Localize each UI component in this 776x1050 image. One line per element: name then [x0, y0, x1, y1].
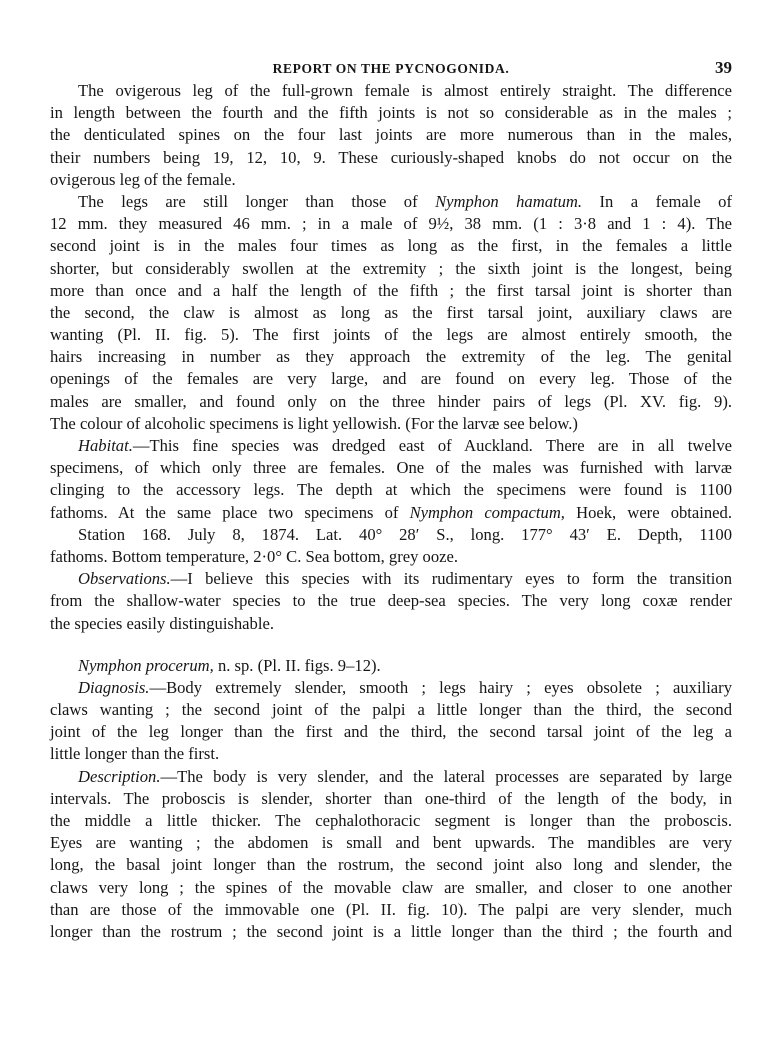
page-header: REPORT ON THE PYCNOGONIDA. 39: [50, 58, 732, 80]
text-line: more than once and a half the length of …: [50, 280, 732, 302]
italic-text: Nymphon procerum,: [78, 656, 214, 675]
italic-text: Diagnosis.: [78, 678, 149, 697]
text-segment: specimens, of which only three are femal…: [50, 458, 732, 477]
text-segment: —This fine species was dredged east of A…: [133, 436, 732, 455]
text-segment: —I believe this species with its rudimen…: [171, 569, 732, 588]
text-segment: wanting (Pl. II. fig. 5). The first join…: [50, 325, 732, 344]
text-segment: claws very long ; the spines of the mova…: [50, 878, 732, 897]
text-segment: the second, the claw is almost as long a…: [50, 303, 732, 322]
text-line: Nymphon procerum, n. sp. (Pl. II. figs. …: [50, 655, 732, 677]
text-segment: their numbers being 19, 12, 10, 9. These…: [50, 148, 732, 167]
italic-text: Observations.: [78, 569, 171, 588]
text-line: claws wanting ; the second joint of the …: [50, 699, 732, 721]
text-segment: 12 mm. they measured 46 mm. ; in a male …: [50, 214, 732, 233]
text-segment: claws wanting ; the second joint of the …: [50, 700, 732, 719]
text-segment: in length between the fourth and the fif…: [50, 103, 732, 122]
italic-text: Habitat.: [78, 436, 133, 455]
text-segment: n. sp. (Pl. II. figs. 9–12).: [214, 656, 381, 675]
text-line: the middle a little thicker. The cephalo…: [50, 810, 732, 832]
running-title: REPORT ON THE PYCNOGONIDA.: [50, 61, 732, 77]
text-line: the second, the claw is almost as long a…: [50, 302, 732, 324]
text-segment: Eyes are wanting ; the abdomen is small …: [50, 833, 732, 852]
text-segment: In a female of: [582, 192, 732, 211]
text-line: in length between the fourth and the fif…: [50, 102, 732, 124]
text-line: Description.—The body is very slender, a…: [50, 766, 732, 788]
text-segment: —The body is very slender, and the later…: [161, 767, 733, 786]
text-segment: the middle a little thicker. The cephalo…: [50, 811, 732, 830]
text-segment: joint of the leg longer than the first a…: [50, 722, 732, 741]
text-segment: fathoms. Bottom temperature, 2·0° C. Sea…: [50, 547, 458, 566]
text-line: long, the basal joint longer than the ro…: [50, 854, 732, 876]
text-segment: intervals. The proboscis is slender, sho…: [50, 789, 732, 808]
text-segment: hairs increasing in number as they appro…: [50, 347, 732, 366]
text-line: The colour of alcoholic specimens is lig…: [50, 413, 732, 435]
text-line: Habitat.—This fine species was dredged e…: [50, 435, 732, 457]
text-segment: Station 168. July 8, 1874. Lat. 40° 28′ …: [78, 525, 732, 544]
text-line: their numbers being 19, 12, 10, 9. These…: [50, 147, 732, 169]
text-line: 12 mm. they measured 46 mm. ; in a male …: [50, 213, 732, 235]
text-segment: from the shallow-water species to the tr…: [50, 591, 732, 610]
text-line: intervals. The proboscis is slender, sho…: [50, 788, 732, 810]
text-segment: The colour of alcoholic specimens is lig…: [50, 414, 578, 433]
text-line: ovigerous leg of the female.: [50, 169, 732, 191]
text-line: fathoms. Bottom temperature, 2·0° C. Sea…: [50, 546, 732, 568]
text-line: males are smaller, and found only on the…: [50, 391, 732, 413]
text-segment: ovigerous leg of the female.: [50, 170, 236, 189]
text-line: second joint is in the males four times …: [50, 235, 732, 257]
text-segment: longer than the rostrum ; the second joi…: [50, 922, 732, 941]
text-line: claws very long ; the spines of the mova…: [50, 877, 732, 899]
text-line: joint of the leg longer than the first a…: [50, 721, 732, 743]
text-line: the denticulated spines on the four last…: [50, 124, 732, 146]
text-line: than are those of the immovable one (Pl.…: [50, 899, 732, 921]
text-line: little longer than the first.: [50, 743, 732, 765]
text-line: longer than the rostrum ; the second joi…: [50, 921, 732, 943]
italic-text: Nymphon compactum,: [410, 503, 565, 522]
text-line: wanting (Pl. II. fig. 5). The first join…: [50, 324, 732, 346]
text-line: Diagnosis.—Body extremely slender, smoot…: [50, 677, 732, 699]
text-segment: than are those of the immovable one (Pl.…: [50, 900, 732, 919]
text-line: openings of the females are very large, …: [50, 368, 732, 390]
italic-text: Description.: [78, 767, 161, 786]
text-line: Observations.—I believe this species wit…: [50, 568, 732, 590]
text-segment: clinging to the accessory legs. The dept…: [50, 480, 732, 499]
page-number: 39: [715, 58, 732, 78]
text-segment: the denticulated spines on the four last…: [50, 125, 732, 144]
text-line: Station 168. July 8, 1874. Lat. 40° 28′ …: [50, 524, 732, 546]
text-line: clinging to the accessory legs. The dept…: [50, 479, 732, 501]
text-segment: the species easily distinguishable.: [50, 614, 274, 633]
text-segment: more than once and a half the length of …: [50, 281, 732, 300]
text-line: hairs increasing in number as they appro…: [50, 346, 732, 368]
text-segment: The legs are still longer than those of: [78, 192, 435, 211]
text-line: shorter, but considerably swollen at the…: [50, 258, 732, 280]
text-segment: fathoms. At the same place two specimens…: [50, 503, 410, 522]
text-line: The legs are still longer than those of …: [50, 191, 732, 213]
text-segment: Hoek, were obtained.: [565, 503, 732, 522]
text-segment: second joint is in the males four times …: [50, 236, 732, 255]
text-segment: The ovigerous leg of the full-grown fema…: [78, 81, 732, 100]
text-line: The ovigerous leg of the full-grown fema…: [50, 80, 732, 102]
text-segment: shorter, but considerably swollen at the…: [50, 259, 732, 278]
text-line: Eyes are wanting ; the abdomen is small …: [50, 832, 732, 854]
body-text: The ovigerous leg of the full-grown fema…: [50, 80, 732, 943]
text-line: the species easily distinguishable.: [50, 613, 732, 635]
text-segment: long, the basal joint longer than the ro…: [50, 855, 732, 874]
text-line: fathoms. At the same place two specimens…: [50, 502, 732, 524]
section-gap: [50, 635, 732, 655]
text-segment: openings of the females are very large, …: [50, 369, 732, 388]
text-line: from the shallow-water species to the tr…: [50, 590, 732, 612]
text-line: specimens, of which only three are femal…: [50, 457, 732, 479]
italic-text: Nymphon hamatum.: [435, 192, 582, 211]
text-segment: males are smaller, and found only on the…: [50, 392, 732, 411]
text-segment: —Body extremely slender, smooth ; legs h…: [149, 678, 732, 697]
text-segment: little longer than the first.: [50, 744, 219, 763]
